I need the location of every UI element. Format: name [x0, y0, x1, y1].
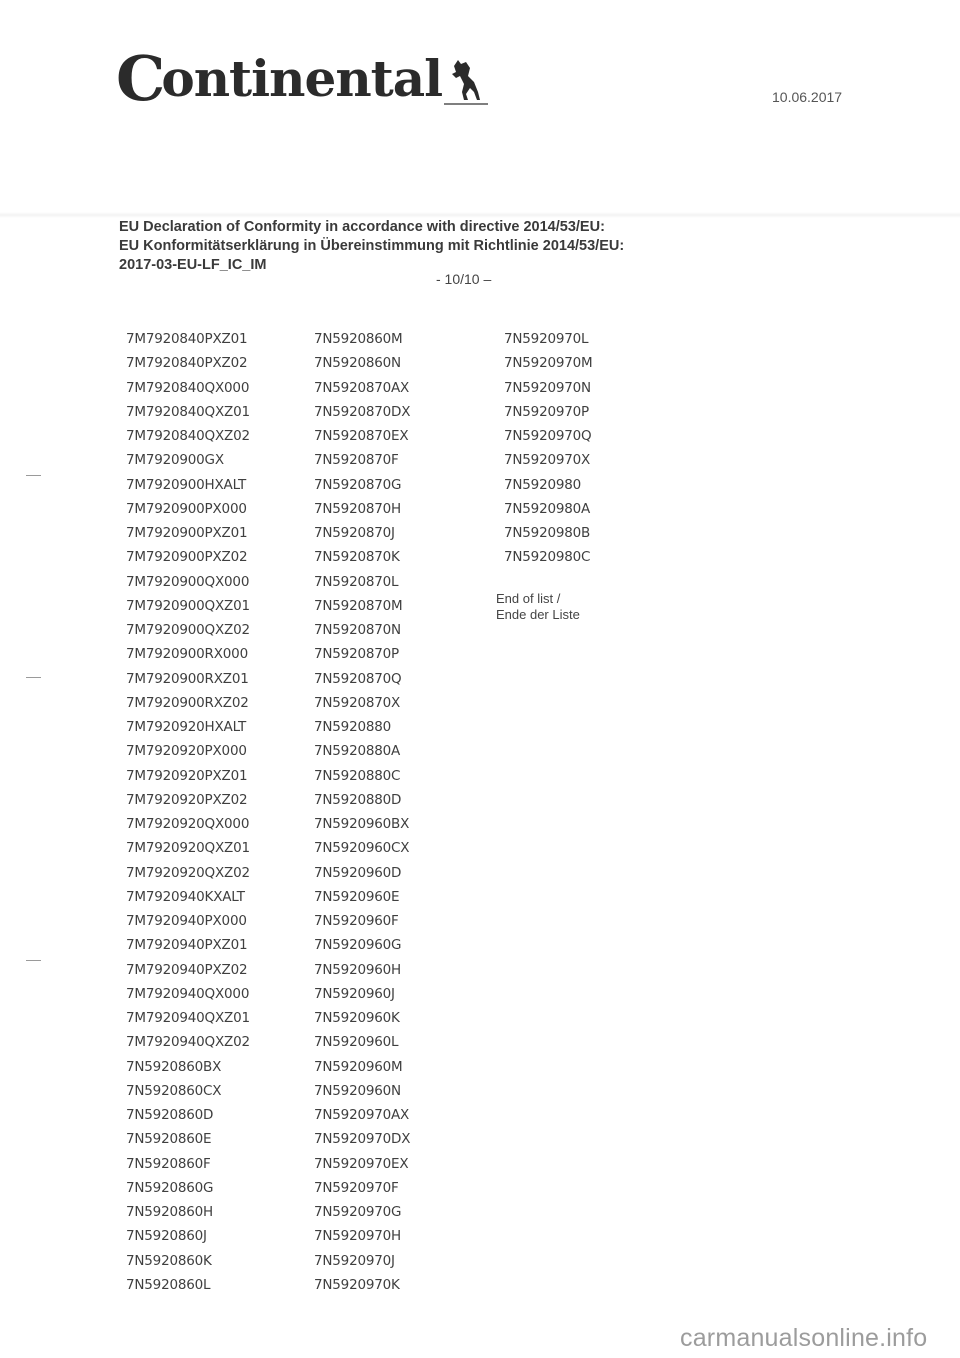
- part-number: 7N5920970P: [504, 400, 592, 424]
- logo-c-letter: C: [116, 48, 165, 110]
- part-number: 7N5920970DX: [314, 1127, 410, 1151]
- part-number: 7N5920860N: [314, 351, 410, 375]
- part-number: 7M7920900RX000: [126, 642, 250, 666]
- part-number: 7N5920970G: [314, 1200, 410, 1224]
- part-number: 7M7920900PXZ02: [126, 545, 250, 569]
- part-number: 7N5920960D: [314, 861, 410, 885]
- part-number: 7M7920940KXALT: [126, 885, 250, 909]
- watermark: carmanualsonline.info: [680, 1324, 927, 1353]
- part-number: 7N5920980A: [504, 497, 592, 521]
- page-number: - 10/10 –: [436, 271, 491, 287]
- part-number: 7N5920870J: [314, 521, 410, 545]
- part-number: 7N5920870DX: [314, 400, 410, 424]
- part-number: 7N5920860E: [126, 1127, 250, 1151]
- part-number: 7N5920870EX: [314, 424, 410, 448]
- part-number: 7N5920970AX: [314, 1103, 410, 1127]
- part-number: 7M7920840PXZ02: [126, 351, 250, 375]
- part-number: 7N5920870G: [314, 473, 410, 497]
- part-number: 7M7920840QXZ02: [126, 424, 250, 448]
- document-reference: 2017-03-EU-LF_IC_IM: [119, 256, 624, 275]
- part-number: 7N5920970Q: [504, 424, 592, 448]
- part-number-column-1: 7M7920840PXZ017M7920840PXZ027M7920840QX0…: [126, 327, 250, 1297]
- logo-wordmark: ontinental: [161, 54, 442, 104]
- margin-punch-mark: [26, 475, 41, 476]
- part-number: 7N5920880D: [314, 788, 410, 812]
- part-number-column-2: 7N5920860M7N5920860N7N5920870AX7N5920870…: [314, 327, 410, 1297]
- part-number: 7M7920940PXZ02: [126, 958, 250, 982]
- part-number: 7N5920870H: [314, 497, 410, 521]
- title-line-german: EU Konformitätserklärung in Übereinstimm…: [119, 237, 624, 256]
- part-number: 7M7920900PX000: [126, 497, 250, 521]
- part-number: 7M7920920PX000: [126, 739, 250, 763]
- part-number: 7N5920870Q: [314, 667, 410, 691]
- part-number: 7N5920860CX: [126, 1079, 250, 1103]
- part-number: 7N5920870M: [314, 594, 410, 618]
- margin-punch-mark: [26, 677, 41, 678]
- part-number: 7N5920970M: [504, 351, 592, 375]
- part-number: 7N5920860G: [126, 1176, 250, 1200]
- part-number: 7M7920940QXZ02: [126, 1030, 250, 1054]
- part-number: 7M7920920QXZ01: [126, 836, 250, 860]
- part-number: 7M7920900QXZ01: [126, 594, 250, 618]
- part-number: 7M7920900QXZ02: [126, 618, 250, 642]
- part-number: 7N5920870K: [314, 545, 410, 569]
- part-number: 7M7920840QX000: [126, 376, 250, 400]
- part-number: 7M7920920HXALT: [126, 715, 250, 739]
- part-number: 7M7920920PXZ01: [126, 764, 250, 788]
- part-number: 7N5920970X: [504, 448, 592, 472]
- part-number: 7M7920900PXZ01: [126, 521, 250, 545]
- part-number: 7M7920920PXZ02: [126, 788, 250, 812]
- rearing-horse-icon: [444, 56, 488, 106]
- part-number: 7N5920970J: [314, 1249, 410, 1273]
- part-number: 7N5920960G: [314, 933, 410, 957]
- title-line-english: EU Declaration of Conformity in accordan…: [119, 218, 624, 237]
- part-number: 7N5920970F: [314, 1176, 410, 1200]
- part-number: 7N5920870AX: [314, 376, 410, 400]
- part-number: 7M7920900GX: [126, 448, 250, 472]
- part-number: 7N5920980: [504, 473, 592, 497]
- part-number: 7N5920960K: [314, 1006, 410, 1030]
- part-number: 7N5920960E: [314, 885, 410, 909]
- part-number: 7N5920970N: [504, 376, 592, 400]
- part-number: 7N5920970L: [504, 327, 592, 351]
- part-number: 7N5920960CX: [314, 836, 410, 860]
- end-note-english: End of list /: [496, 591, 580, 607]
- part-number: 7N5920970EX: [314, 1152, 410, 1176]
- part-number: 7N5920860BX: [126, 1055, 250, 1079]
- part-number: 7N5920880C: [314, 764, 410, 788]
- part-number: 7N5920960N: [314, 1079, 410, 1103]
- part-number: 7N5920980C: [504, 545, 592, 569]
- part-number: 7N5920870L: [314, 570, 410, 594]
- part-number: 7M7920840QXZ01: [126, 400, 250, 424]
- part-number: 7N5920980B: [504, 521, 592, 545]
- part-number: 7N5920960BX: [314, 812, 410, 836]
- part-number: 7N5920960L: [314, 1030, 410, 1054]
- part-number: 7M7920900RXZ01: [126, 667, 250, 691]
- part-number: 7M7920940QXZ01: [126, 1006, 250, 1030]
- part-number: 7M7920920QX000: [126, 812, 250, 836]
- part-number: 7N5920860H: [126, 1200, 250, 1224]
- part-number: 7M7920940QX000: [126, 982, 250, 1006]
- part-number: 7N5920970H: [314, 1224, 410, 1248]
- part-number: 7N5920870X: [314, 691, 410, 715]
- part-number: 7N5920870P: [314, 642, 410, 666]
- part-number: 7M7920900HXALT: [126, 473, 250, 497]
- part-number: 7M7920900RXZ02: [126, 691, 250, 715]
- declaration-title: EU Declaration of Conformity in accordan…: [119, 218, 624, 275]
- margin-punch-mark: [26, 960, 41, 961]
- part-number: 7M7920840PXZ01: [126, 327, 250, 351]
- part-number-column-3: 7N5920970L7N5920970M7N5920970N7N5920970P…: [504, 327, 592, 570]
- part-number: 7N5920880: [314, 715, 410, 739]
- part-number: 7N5920960H: [314, 958, 410, 982]
- part-number: 7N5920960F: [314, 909, 410, 933]
- part-number: 7M7920940PX000: [126, 909, 250, 933]
- part-number: 7M7920920QXZ02: [126, 861, 250, 885]
- part-number: 7N5920860K: [126, 1249, 250, 1273]
- part-number: 7N5920870N: [314, 618, 410, 642]
- part-number: 7N5920960M: [314, 1055, 410, 1079]
- part-number: 7N5920870F: [314, 448, 410, 472]
- part-number: 7M7920940PXZ01: [126, 933, 250, 957]
- part-number: 7N5920860F: [126, 1152, 250, 1176]
- part-number: 7N5920860J: [126, 1224, 250, 1248]
- part-number: 7N5920860L: [126, 1273, 250, 1297]
- part-number: 7N5920970K: [314, 1273, 410, 1297]
- part-number: 7N5920880A: [314, 739, 410, 763]
- document-date: 10.06.2017: [772, 89, 842, 105]
- end-of-list-note: End of list / Ende der Liste: [496, 591, 580, 623]
- continental-logo: C ontinental: [116, 44, 488, 104]
- part-number: 7N5920860M: [314, 327, 410, 351]
- part-number: 7N5920960J: [314, 982, 410, 1006]
- end-note-german: Ende der Liste: [496, 607, 580, 623]
- part-number: 7N5920860D: [126, 1103, 250, 1127]
- part-number: 7M7920900QX000: [126, 570, 250, 594]
